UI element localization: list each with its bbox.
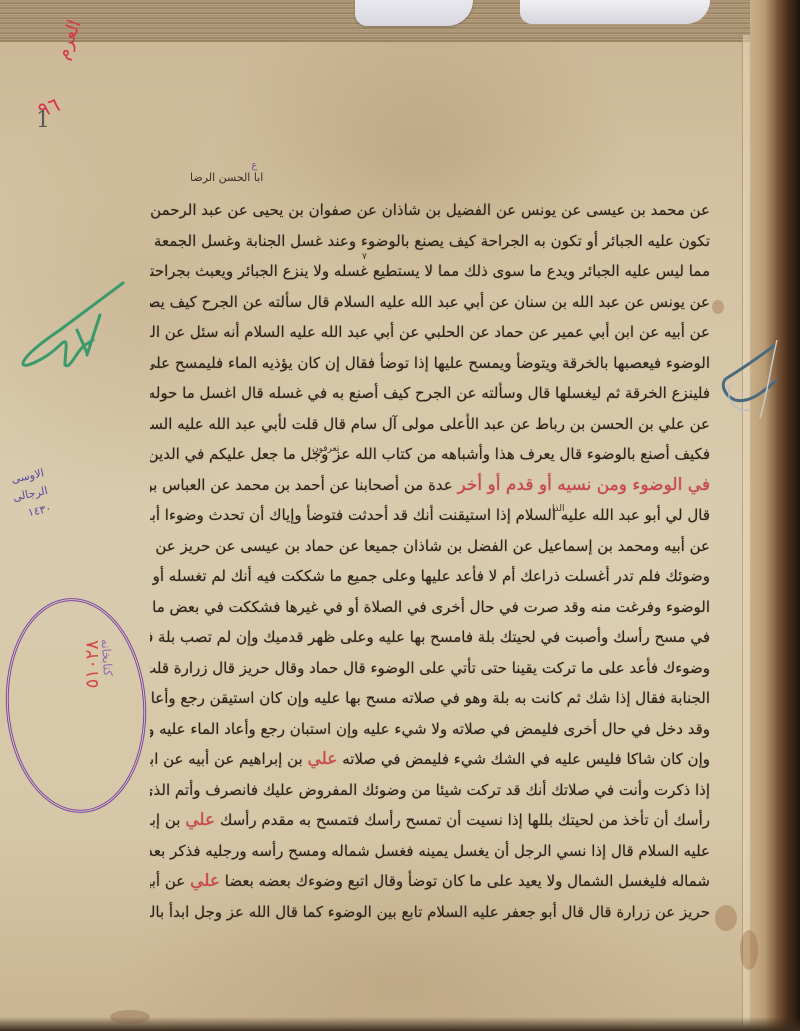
manuscript-text-block: عن محمد بن عيسى عن يونس عن الفضيل بن شاذ… <box>150 195 710 927</box>
text-line: عن أبيه عن ابن أبي عمير عن حماد عن الحلب… <box>150 317 710 348</box>
text-line: شماله فليغسل الشمال ولا يعيد على ما كان … <box>150 866 710 897</box>
text-line: عن علي بن الحسن بن رباط عن عبد الأعلى مو… <box>150 409 710 440</box>
stamp-text: كتابخانه <box>35 638 125 783</box>
heading-mark: ع <box>190 160 257 171</box>
text-line: وإن كان شاكا فليس عليه في الشك شيء فليمض… <box>150 744 710 775</box>
stamp-red-number: ٥١٠٢٨ <box>82 640 103 688</box>
manuscript-page: العرم ٩٦ 1 الاوسى الرجالى ١٤٣٠ كتابخانه … <box>0 0 800 1031</box>
stain <box>740 930 758 970</box>
text-line: الوضوء وفرغت منه وقد صرت في حال أخرى في … <box>150 592 710 623</box>
text-line: فلينزع الخرقة ثم ليغسلها قال وسألته عن ا… <box>150 378 710 409</box>
text-line: في مسح رأسك وأصبت في لحيتك بلة فامسح بها… <box>150 622 710 653</box>
text-line: عليه السلام قال إذا نسي الرجل أن يغسل يم… <box>150 836 710 867</box>
text-line: عن محمد بن عيسى عن يونس عن الفضيل بن شاذ… <box>150 195 710 226</box>
text-line: عن أبيه ومحمد بن إسماعيل عن الفضل بن شاذ… <box>150 531 710 562</box>
text-line: وضوءك فأعد على ما تركت يقينا حتى تأتي عل… <box>150 653 710 684</box>
green-signature-icon <box>15 275 130 375</box>
heading-note: ع ابا الحسن الرضا <box>190 160 263 184</box>
binding-thread-icon <box>715 340 785 420</box>
stain <box>715 905 737 931</box>
text-line: الوضوء فيعصبها بالخرقة ويتوضأ ويمسح عليه… <box>150 348 710 379</box>
rubric: علي <box>307 749 337 769</box>
text-line: تكون عليه الجبائر أو تكون به الجراحة كيف… <box>150 226 710 257</box>
text-line: وقد دخل في حال أخرى فليمض في صلاته ولا ش… <box>150 714 710 745</box>
chapter-heading: في الوضوء ومن نسيه أو قدم أو أخر <box>458 475 710 495</box>
text-line: قال لي أبو عبد الله عليه السلام إذا استي… <box>150 500 710 531</box>
purple-margin-note: الاوسى الرجالى ١٤٣٠ <box>3 464 53 525</box>
text-line: عن يونس عن عبد الله بن سنان عن أبي عبد ا… <box>150 287 710 318</box>
text-line: فكيف أصنع بالوضوء قال يعرف هذا وأشباهه م… <box>150 439 710 470</box>
text-line: مما ليس عليه الجبائر ويدع ما سوى ذلك مما… <box>150 256 710 287</box>
heading-note-text: ابا الحسن الرضا <box>190 171 263 184</box>
library-stamp: كتابخانه <box>0 593 153 817</box>
paper-slip <box>520 0 710 24</box>
text-line: إذا ذكرت وأنت في صلاتك أنك قد تركت شيئا … <box>150 775 710 806</box>
paper-slip <box>355 0 473 26</box>
text-line: الجنابة فقال إذا شك ثم كانت به بلة وهو ف… <box>150 683 710 714</box>
folio-pencil-number: 1 <box>36 108 50 133</box>
rubric: علي <box>190 871 220 891</box>
text-line: في الوضوء ومن نسيه أو قدم أو أخر عدة من … <box>150 470 710 501</box>
stain <box>110 1010 150 1024</box>
text-line: وضوئك فلم تدر أغسلت ذراعك أم لا فأعد علي… <box>150 561 710 592</box>
rubric: علي <box>185 810 215 830</box>
book-spine-edge <box>750 0 800 1031</box>
stain <box>712 300 724 314</box>
text-line: رأسك أن تأخذ من لحيتك بللها إذا نسيت أن … <box>150 805 710 836</box>
text-line: حريز عن زرارة قال قال أبو جعفر عليه السل… <box>150 897 710 928</box>
